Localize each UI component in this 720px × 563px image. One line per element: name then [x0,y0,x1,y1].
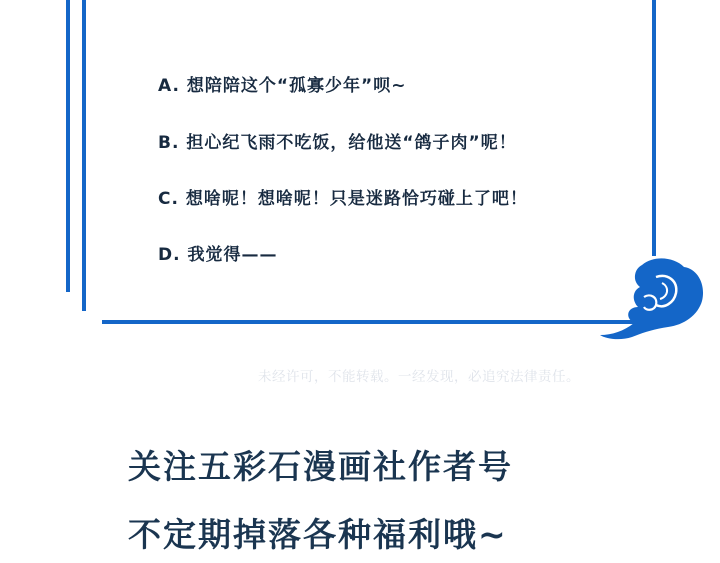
promo-line-2: 不定期掉落各种福利哦~ [128,509,508,556]
option-text: 想啥呢！想啥呢！只是迷路恰巧碰上了吧！ [186,189,528,209]
quiz-option-b: B. 担心纪飞雨不吃饭，给他送“鸽子肉”呢！ [158,128,517,153]
option-letter: A. [158,76,180,96]
promo-line-1: 关注五彩石漫画社作者号 [128,441,513,488]
option-text: 我觉得—— [188,245,278,265]
quiz-option-d: D. 我觉得—— [158,240,278,265]
frame-inner-left-line [82,0,86,311]
frame-outer-left-line [66,0,70,292]
option-text: 担心纪飞雨不吃饭，给他送“鸽子肉”呢！ [186,133,516,153]
cloud-swirl-icon [598,253,710,341]
option-text: 想陪陪这个“孤寡少年”呗~ [187,76,407,96]
quiz-option-c: C. 想啥呢！想啥呢！只是迷路恰巧碰上了吧！ [158,184,528,209]
frame-bottom-line [102,320,636,324]
frame-right-line [652,0,656,256]
option-letter: D. [158,245,181,265]
quiz-option-a: A. 想陪陪这个“孤寡少年”呗~ [158,71,406,96]
option-letter: C. [158,189,179,209]
copyright-watermark: 未经许可，不能转载。一经发现，必追究法律责任。 [258,365,580,385]
option-letter: B. [158,133,179,153]
